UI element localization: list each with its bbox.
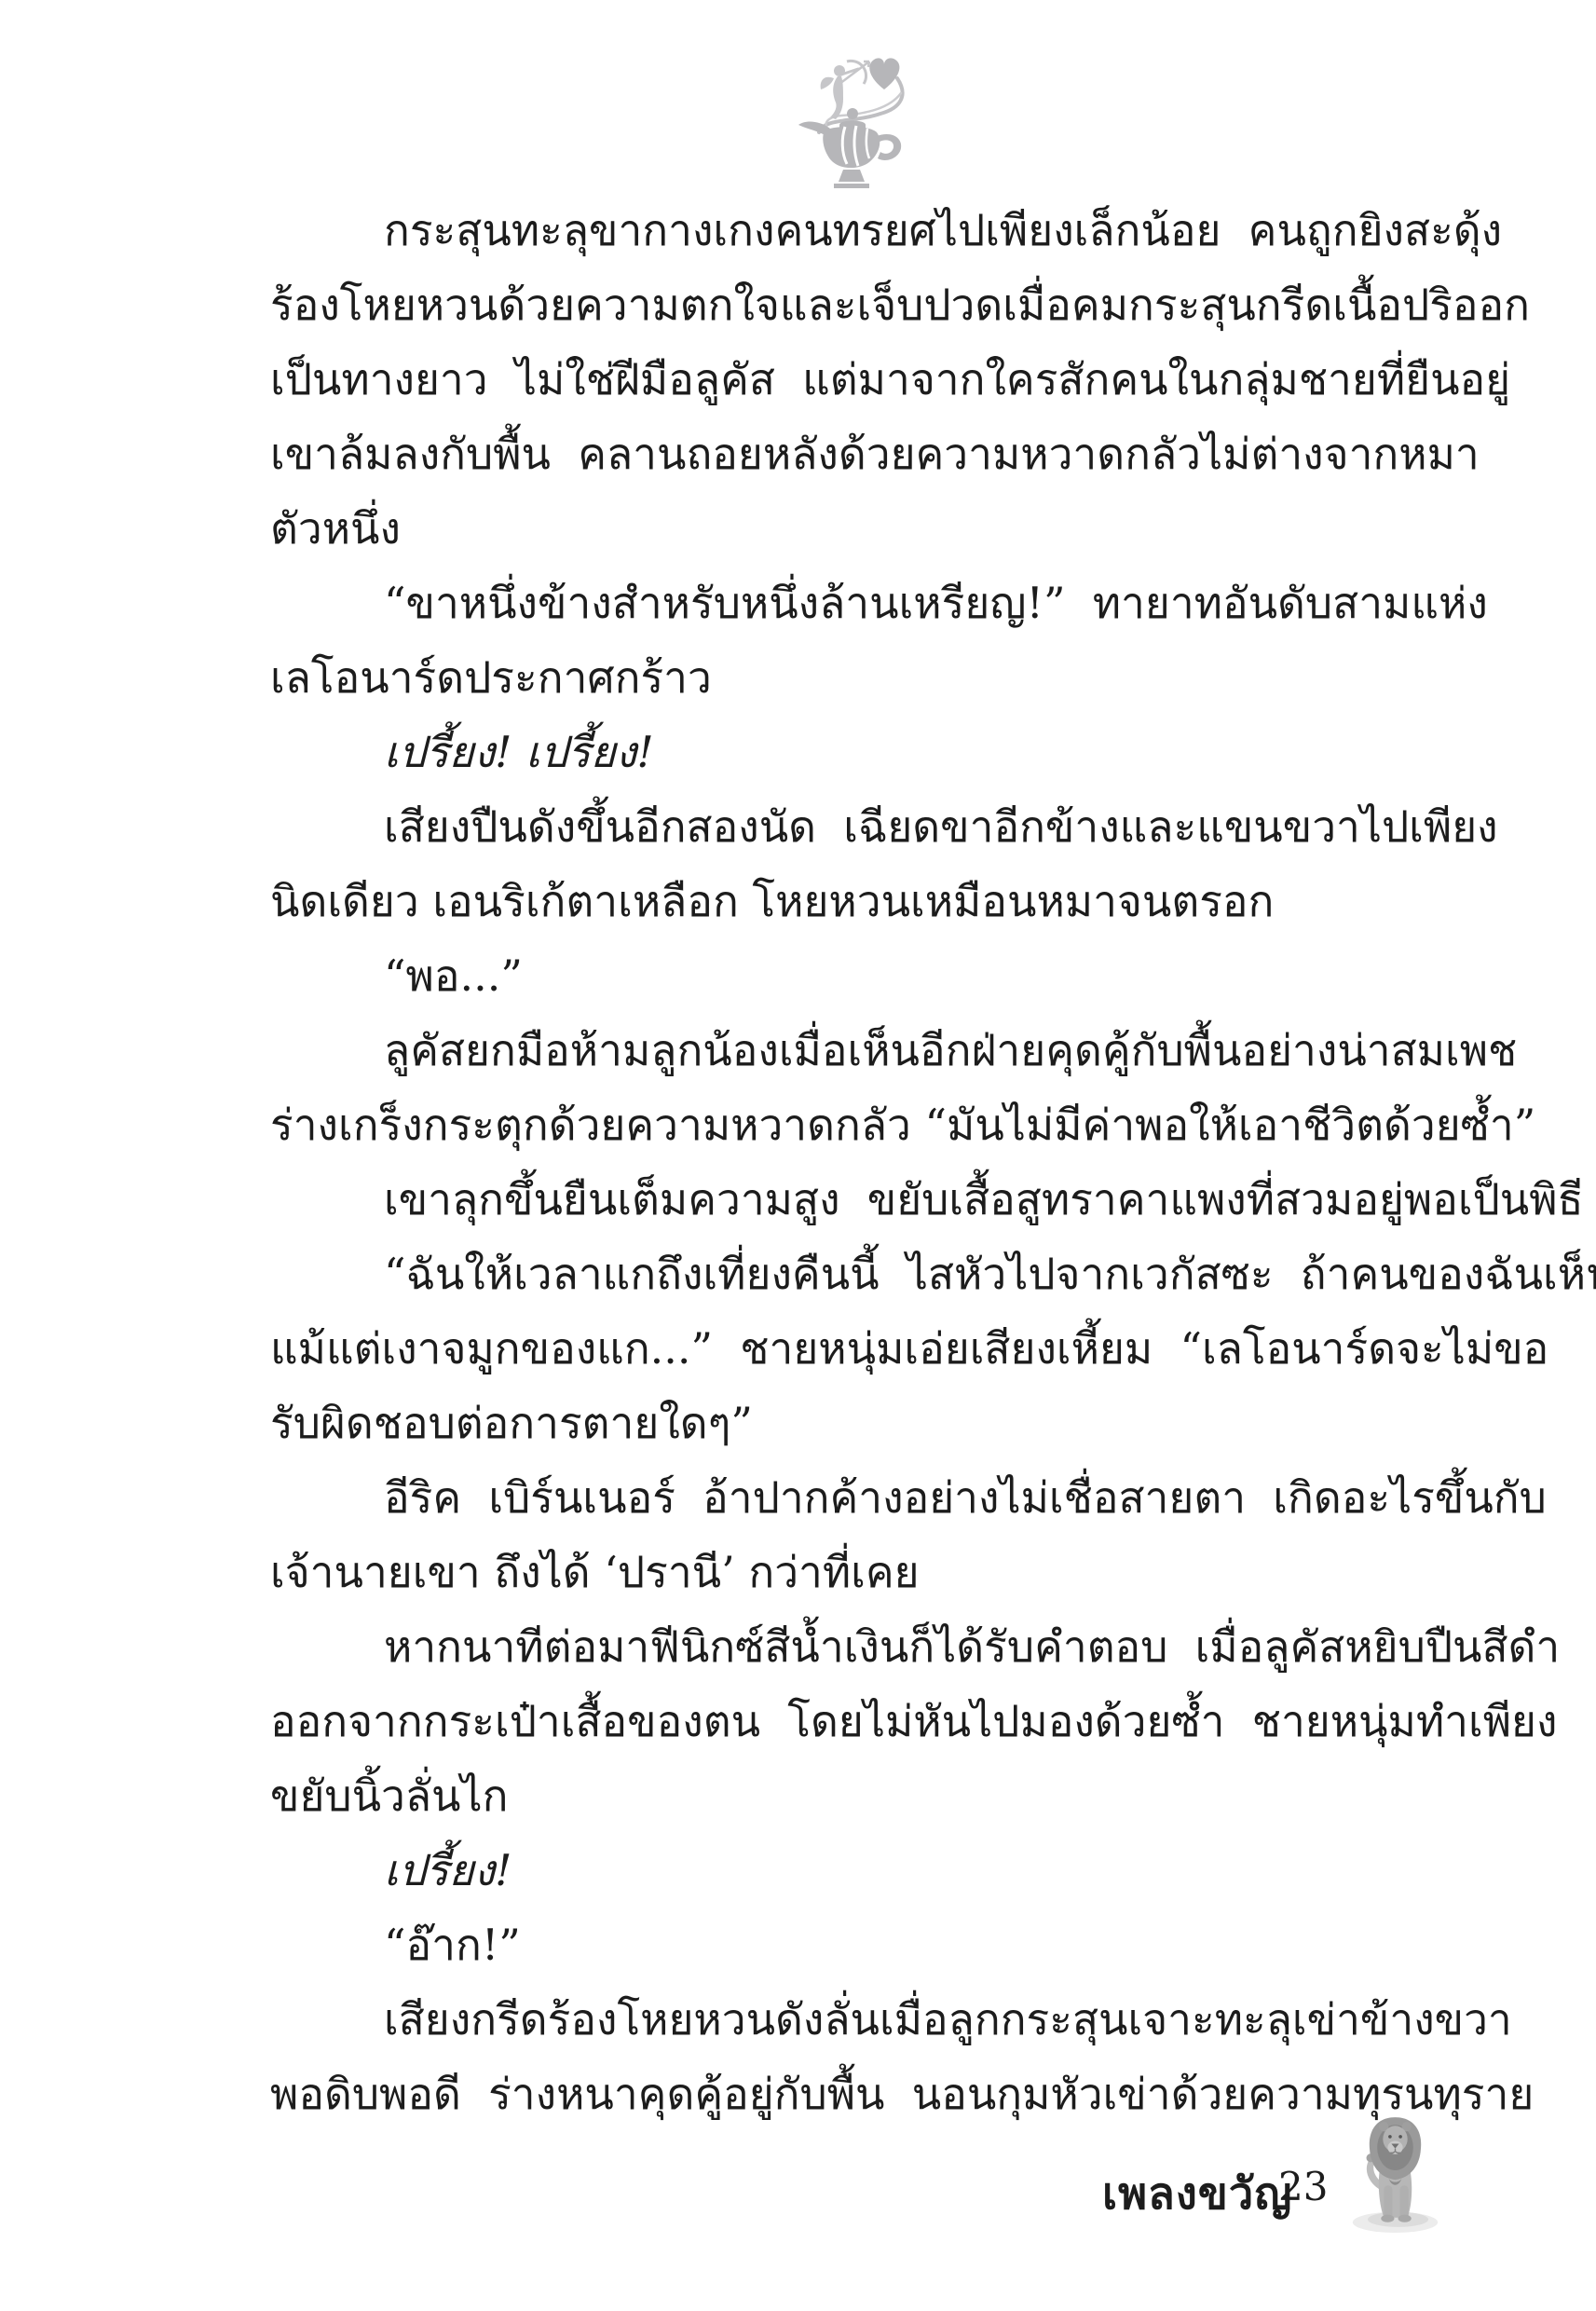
text-line: หากนาทีต่อมาฟีนิกซ์สีน้ำเงินก็ได้รับคำตอ… <box>270 1609 1440 1684</box>
text-column: กระสุนทะลุขากางเกงคนทรยศไปเพียงเล็กน้อย … <box>270 193 1440 2131</box>
text-line: พอดิบพอดี ร่างหนาคุดคู้อยู่กับพื้น นอนกุ… <box>270 2057 1440 2131</box>
text-line: เขาลุกขึ้นยืนเต็มความสูง ขยับเสื้อสูทราค… <box>270 1162 1440 1237</box>
text-line: เปรี้ยง! เปรี้ยง! <box>270 715 1440 789</box>
genie-lamp-cupid-ornament-icon <box>785 37 925 191</box>
text-line: “อ๊าก!” <box>270 1908 1440 1982</box>
lion-icon <box>1349 2112 1442 2235</box>
text-line: เลโอนาร์ดประกาศกร้าว <box>270 640 1440 715</box>
text-line: กระสุนทะลุขากางเกงคนทรยศไปเพียงเล็กน้อย … <box>270 193 1440 267</box>
text-line: “ฉันให้เวลาแกถึงเที่ยงคืนนี้ ไสหัวไปจากเ… <box>270 1237 1440 1311</box>
text-line: เจ้านายเขา ถึงได้ ‘ปรานี’ กว่าที่เคย <box>270 1535 1440 1609</box>
text-line: อีริค เบิร์นเนอร์ อ้าปากค้างอย่างไม่เชื่… <box>270 1460 1440 1535</box>
book-title: เพลงขวัญ <box>1102 2158 1292 2228</box>
page-number: 23 <box>1278 2164 1328 2209</box>
book-page: กระสุนทะลุขากางเกงคนทรยศไปเพียงเล็กน้อย … <box>0 0 1596 2311</box>
text-line: เสียงปืนดังขึ้นอีกสองนัด เฉียดขาอีกข้างแ… <box>270 789 1440 864</box>
text-line: “ขาหนึ่งข้างสำหรับหนึ่งล้านเหรียญ!” ทายา… <box>270 566 1440 640</box>
text-line: เขาล้มลงกับพื้น คลานถอยหลังด้วยความหวาดก… <box>270 417 1440 491</box>
text-line: “พอ...” <box>270 938 1440 1013</box>
text-line: รับผิดชอบต่อการตายใดๆ” <box>270 1386 1440 1460</box>
text-line: นิดเดียว เอนริเก้ตาเหลือก โหยหวนเหมือนหม… <box>270 864 1440 938</box>
text-line: เป็นทางยาว ไม่ใช่ฝีมือลูคัส แต่มาจากใครส… <box>270 342 1440 417</box>
text-line: ลูคัสยกมือห้ามลูกน้องเมื่อเห็นอีกฝ่ายคุด… <box>270 1013 1440 1087</box>
text-line: ตัวหนึ่ง <box>270 491 1440 566</box>
text-line: ร้องโหยหวนด้วยความตกใจและเจ็บปวดเมื่อคมก… <box>270 267 1440 342</box>
text-line: เปรี้ยง! <box>270 1833 1440 1908</box>
text-line: ออกจากกระเป๋าเสื้อของตน โดยไม่หันไปมองด้… <box>270 1684 1440 1758</box>
text-line: เสียงกรีดร้องโหยหวนดังลั่นเมื่อลูกกระสุน… <box>270 1982 1440 2057</box>
text-line: แม้แต่เงาจมูกของแก...” ชายหนุ่มเอ่ยเสียง… <box>270 1311 1440 1386</box>
text-line: ร่างเกร็งกระตุกด้วยความหวาดกลัว “มันไม่ม… <box>270 1087 1440 1162</box>
text-line: ขยับนิ้วลั่นไก <box>270 1758 1440 1833</box>
